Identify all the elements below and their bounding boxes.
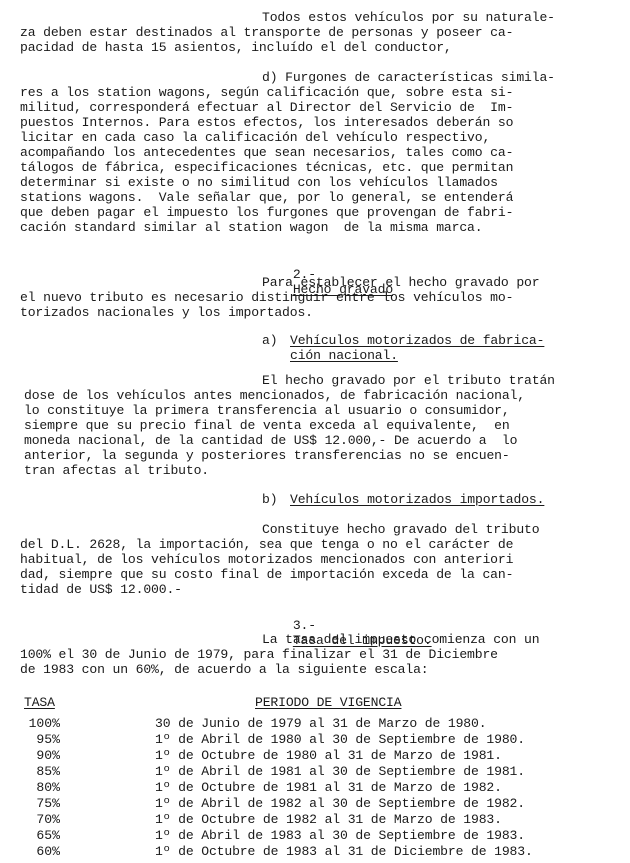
text-line: Para establecer el hecho gravado por [262,275,539,290]
table-cell-period: 1º de Abril de 1983 al 30 de Septiembre … [155,828,525,843]
text-line: El hecho gravado por el tributo tratán [262,373,555,388]
subsection-title: Vehículos motorizados importados. [290,492,544,507]
text-line: anterior, la segunda y posteriores trans… [24,448,510,463]
text-line: el nuevo tributo es necesario distinguir… [20,290,513,305]
text-line: del D.L. 2628, la importación, sea que t… [20,537,513,552]
table-cell-rate: 90% [24,748,60,763]
table-cell-rate: 100% [24,716,60,731]
table-cell-period: 1º de Octubre de 1982 al 31 de Marzo de … [155,812,502,827]
text-line: cación standard similar al station wagon… [20,220,482,235]
table-cell-rate: 80% [24,780,60,795]
text-line: de 1983 con un 60%, de acuerdo a la sigu… [20,662,429,677]
text-line: pacidad de hasta 15 asientos, incluído e… [20,40,452,55]
table-cell-rate: 65% [24,828,60,843]
text-line: tran afectas al tributo. [24,463,209,478]
table-cell-period: 1º de Octubre de 1983 al 31 de Diciembre… [155,844,533,859]
text-line: que deben pagar el impuesto los furgones… [20,205,513,220]
text-line: dose de los vehículos antes mencionados,… [24,388,525,403]
table-cell-period: 1º de Abril de 1981 al 30 de Septiembre … [155,764,525,779]
text-line: moneda nacional, de la cantidad de US$ 1… [24,433,517,448]
text-line: torizados nacionales y los importados. [20,305,313,320]
subsection-label: a) [262,333,277,348]
text-line: militud, corresponderá efectuar al Direc… [20,100,513,115]
text-line: licitar en cada caso la calificación del… [20,130,490,145]
table-cell-rate: 85% [24,764,60,779]
document-page: Todos estos vehículos por su naturale- z… [0,0,630,863]
subsection-title: ción nacional. [290,348,398,363]
subsection-label: b) [262,492,277,507]
table-cell-period: 1º de Abril de 1980 al 30 de Septiembre … [155,732,525,747]
text-line: acompañando los antecedentes que sean ne… [20,145,513,160]
text-line: 100% el 30 de Junio de 1979, para finali… [20,647,498,662]
text-line: stations wagons. Vale señalar que, por l… [20,190,513,205]
table-cell-period: 1º de Abril de 1982 al 30 de Septiembre … [155,796,525,811]
table-cell-rate: 60% [24,844,60,859]
table-cell-rate: 75% [24,796,60,811]
text-line: dad, siempre que su costo final de impor… [20,567,513,582]
table-cell-period: 1º de Octubre de 1981 al 31 de Marzo de … [155,780,502,795]
table-cell-rate: 95% [24,732,60,747]
text-line: La tasa del impuesto comienza con un [262,632,539,647]
text-line: Todos estos vehículos por su naturale- [262,10,555,25]
text-line: tidad de US$ 12.000.- [20,582,182,597]
text-line: lo constituye la primera transferencia a… [24,403,510,418]
table-cell-period: 1º de Octubre de 1980 al 31 de Marzo de … [155,748,502,763]
text-line: puestos Internos. Para estos efectos, lo… [20,115,513,130]
table-header-rate: TASA [24,695,55,710]
table-header-period: PERIODO DE VIGENCIA [255,695,401,710]
table-cell-rate: 70% [24,812,60,827]
text-line: determinar si existe o no similitud con … [20,175,498,190]
section-number: 3.- [293,618,316,633]
text-line: habitual, de los vehículos motorizados m… [20,552,513,567]
text-line: Constituye hecho gravado del tributo [262,522,539,537]
text-line: d) Furgones de características simila- [262,70,555,85]
text-line: res a los station wagons, según califica… [20,85,513,100]
text-line: siempre que su precio final de venta exc… [24,418,510,433]
text-line: za deben estar destinados al transporte … [20,25,513,40]
text-line: tálogos de fábrica, especificaciones téc… [20,160,513,175]
table-cell-period: 30 de Junio de 1979 al 31 de Marzo de 19… [155,716,486,731]
subsection-title: Vehículos motorizados de fabrica- [290,333,544,348]
